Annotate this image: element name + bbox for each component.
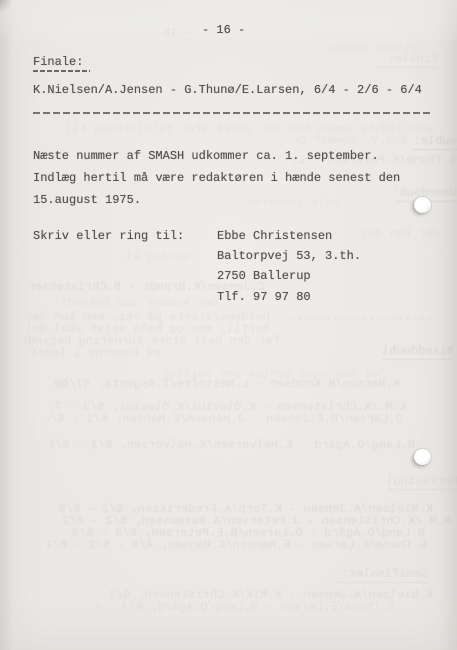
ghost-text-line: Finale: [376,52,438,68]
ghost-text-line: B.Lang/O.Agård - O.Larsen/B.E.Petersen, … [35,526,425,540]
ghost-text-line: Der kommer som bekendt [28,296,218,310]
punch-hole-top [414,197,431,213]
ghost-text-line: sidste nummer [298,42,418,56]
dashed-separator-line [33,112,432,114]
ghost-text-line: K.M./K.Christensen - K.Olavius/K.Olavius… [52,400,407,414]
final-match-result: K.Nielsen/A.Jensen - G.Thunø/E.Larsen, 6… [33,83,422,97]
ghost-text-line: før den helt store turnering begyndte [25,334,280,348]
ghost-text-line: G.Thunø/E.Larsen - B.Lang/O.Agård, 6/4 -… [95,600,395,614]
ghost-text-line: Mixeddouble: [382,344,454,360]
announcement-line-3: 15.august 1975. [33,193,141,207]
ghost-text-line: Herredouble: [412,134,457,150]
ghost-text-line: G.Thunø/E.Larsen - E.Hansen/C.Hansen, 4/… [42,538,427,552]
ghost-text-line: B.Lang/O.Agård - E.Halvorsen/K.Halvorsen… [50,438,415,452]
ghost-text-line: hertil, men og hele sejst skal deltage i [25,322,270,336]
announcement-line-2: Indlæg hertil må være redaktøren i hænde… [33,171,400,185]
ghost-text-line: K.M./K.Christensen - J.Petersen/A.Rasmus… [33,514,451,528]
ghost-text-line: Herresingle: [388,474,457,490]
ghost-text-line: K.Nielsen/A.Jensen - K.Torp/A.Frederikse… [35,502,433,516]
announcement-line-1: Næste nummer af SMASH udkommer ca. 1. se… [33,149,379,163]
page-number: - 16 - [202,23,245,37]
section-heading-finale: Finale: [33,55,83,69]
ghost-text-line: K.Nielsen/A.Jensen - K.Mik/K.Christensen… [88,588,433,602]
heading-underline [33,70,90,72]
ghost-text-line: holdene/større på ski, men kun den efter [25,310,270,324]
contact-phone: Tlf. 97 97 80 [217,290,311,304]
ghost-text-line: den sidste sæson har der været stor tils… [40,122,432,136]
punch-hole-bottom [414,449,431,465]
bleedthrough-ghost-text-layer: - 16 -sidste nummerFinale:den sidste sæs… [0,0,457,650]
ghost-text-line: på banerne i løbet [25,346,160,360]
ghost-text-line: K.Hansen/B.Knudsen - L.Næstofte/T.Asgent… [55,377,400,391]
ghost-text-line: - 16 - [146,26,192,40]
ghost-text-line: ------------------------ [288,312,433,326]
ghost-text-line: o.s.v. kommer der [295,133,407,147]
scanned-newsletter-page: - 16 -sidste nummerFinale:den sidste sæs… [0,0,457,650]
ghost-text-line: Det kan også ventes der spilles [95,367,385,381]
ghost-text-line: Semifinaler: [336,567,428,583]
contact-street: Baltorpvej 53, 3.th. [217,249,361,263]
contact-name: Ebbe Christensen [217,229,332,243]
ghost-text-line: mandag kl. [25,250,190,264]
ghost-text-line: hele sommeren [150,196,340,210]
contact-city: 2750 Ballerup [217,269,311,283]
contact-label: Skriv eller ring til: [33,229,184,243]
ghost-text-line: O.Larsen/B.E.Jensen - J.Hansen/E.Hansen,… [48,412,403,426]
